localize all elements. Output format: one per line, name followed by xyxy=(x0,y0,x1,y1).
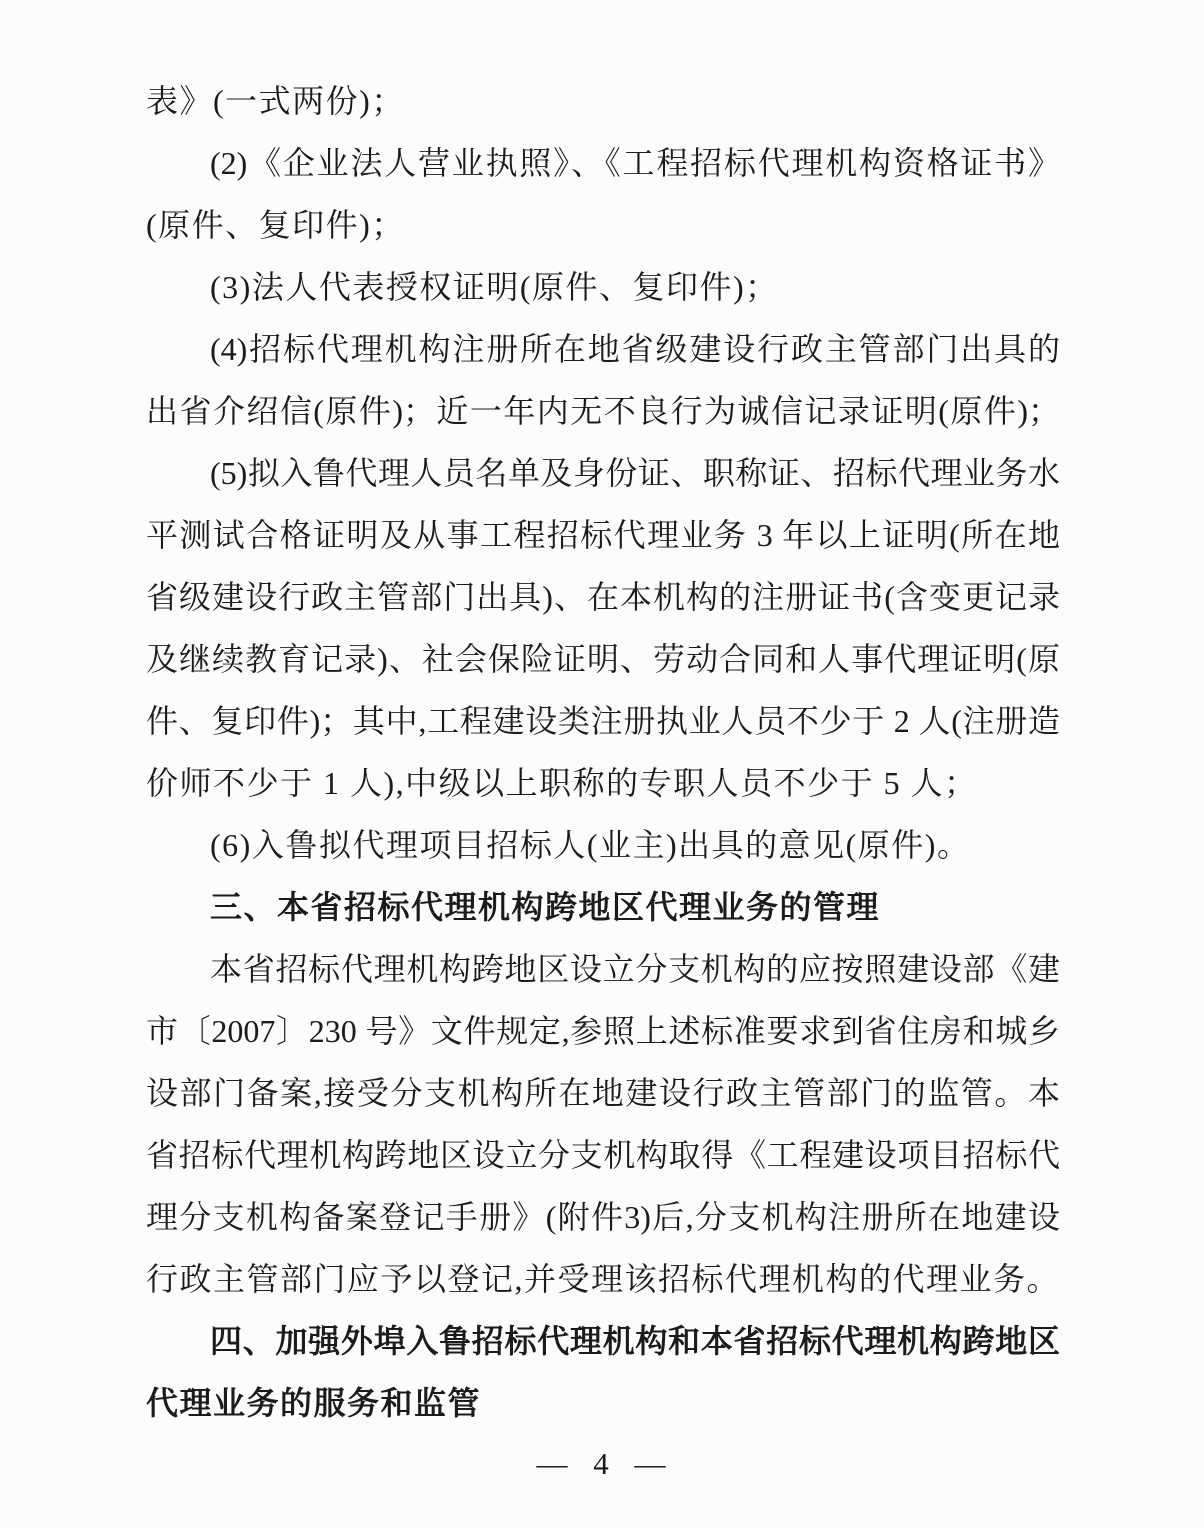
text-line: (2)《企业法人营业执照》、《工程招标代理机构资格证书》 xyxy=(146,132,1060,194)
text-line: 表》(一式两份)； xyxy=(146,70,1060,132)
document-body: 表》(一式两份)；(2)《企业法人营业执照》、《工程招标代理机构资格证书》(原件… xyxy=(146,70,1060,1434)
text-line: 及继续教育记录)、社会保险证明、劳动合同和人事代理证明(原 xyxy=(146,628,1060,690)
text-line: 理分支机构备案登记手册》(附件3)后,分支机构注册所在地建设 xyxy=(146,1186,1060,1248)
page-footer: — 4 — xyxy=(0,1446,1204,1482)
text-line: (3)法人代表授权证明(原件、复印件)； xyxy=(146,256,1060,318)
text-line: 价师不少于 1 人),中级以上职称的专职人员不少于 5 人； xyxy=(146,752,1060,814)
text-line: 出省介绍信(原件)；近一年内无不良行为诚信记录证明(原件)； xyxy=(146,380,1060,442)
page-number: — 4 — xyxy=(537,1446,668,1481)
text-line: 设部门备案,接受分支机构所在地建设行政主管部门的监管。本 xyxy=(146,1062,1060,1124)
text-line: 平测试合格证明及从事工程招标代理业务 3 年以上证明(所在地 xyxy=(146,504,1060,566)
text-line: (5)拟入鲁代理人员名单及身份证、职称证、招标代理业务水 xyxy=(146,442,1060,504)
text-line: 本省招标代理机构跨地区设立分支机构的应按照建设部《建 xyxy=(146,938,1060,1000)
text-line: (原件、复印件)； xyxy=(146,194,1060,256)
document-page: 表》(一式两份)；(2)《企业法人营业执照》、《工程招标代理机构资格证书》(原件… xyxy=(0,0,1204,1528)
heading-line: 代理业务的服务和监管 xyxy=(146,1372,1060,1434)
heading-line: 四、加强外埠入鲁招标代理机构和本省招标代理机构跨地区 xyxy=(146,1310,1060,1372)
text-line: 件、复印件)；其中,工程建设类注册执业人员不少于 2 人(注册造 xyxy=(146,690,1060,752)
heading-line: 三、本省招标代理机构跨地区代理业务的管理 xyxy=(146,876,1060,938)
text-line: 市〔2007〕230 号》文件规定,参照上述标准要求到省住房和城乡建 xyxy=(146,1000,1060,1062)
text-line: 省招标代理机构跨地区设立分支机构取得《工程建设项目招标代 xyxy=(146,1124,1060,1186)
text-line: 行政主管部门应予以登记,并受理该招标代理机构的代理业务。 xyxy=(146,1248,1060,1310)
text-line: 省级建设行政主管部门出具)、在本机构的注册证书(含变更记录 xyxy=(146,566,1060,628)
text-line: (4)招标代理机构注册所在地省级建设行政主管部门出具的 xyxy=(146,318,1060,380)
text-line: (6)入鲁拟代理项目招标人(业主)出具的意见(原件)。 xyxy=(146,814,1060,876)
